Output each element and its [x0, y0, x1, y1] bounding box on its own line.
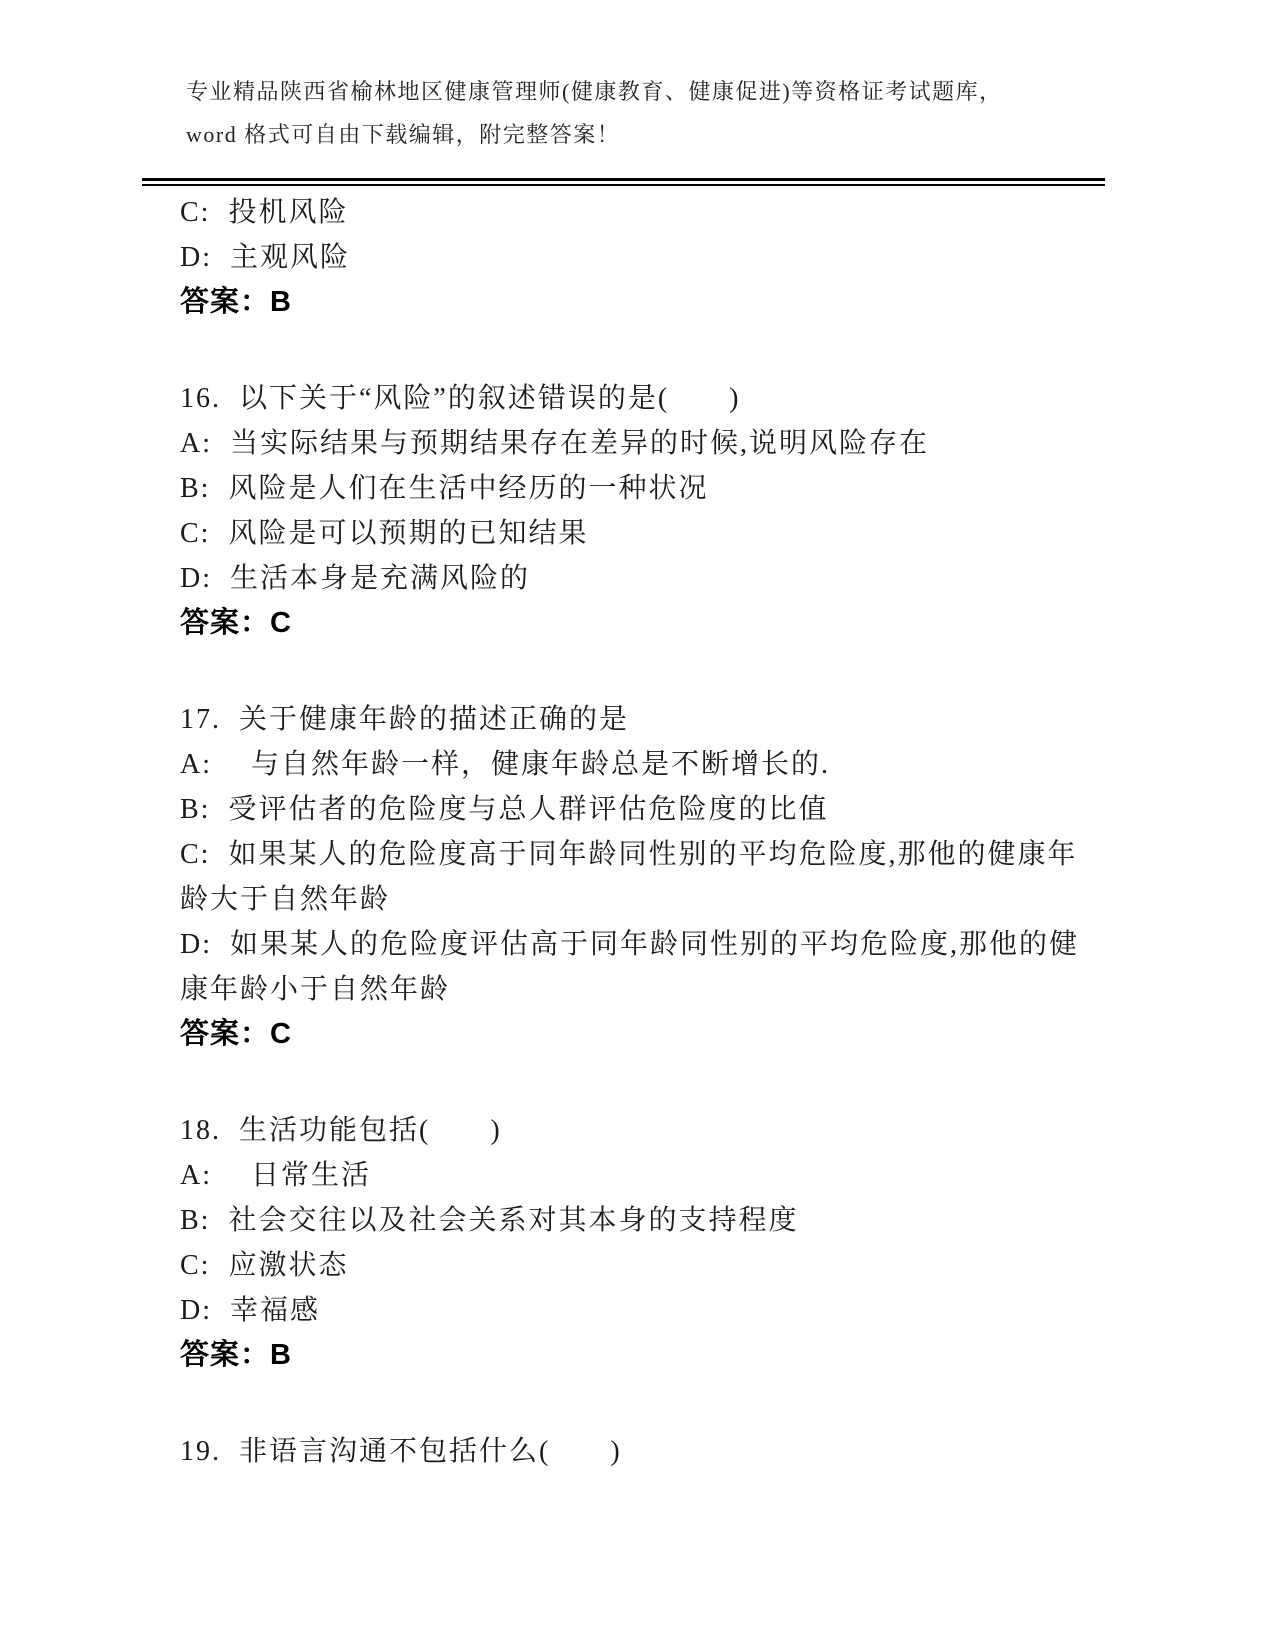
option-line-d: D: 如果某人的危险度评估高于同年龄同性别的平均危险度,那他的健: [180, 922, 1220, 967]
option-line-d: D: 主观风险: [180, 235, 1220, 280]
option-line-b: B: 社会交往以及社会关系对其本身的支持程度: [180, 1198, 1220, 1243]
question-block-17: 17. 关于健康年龄的描述正确的是 A: 与自然年龄一样，健康年龄总是不断增长的…: [180, 697, 1220, 1057]
option-line-c-continued: 龄大于自然年龄: [180, 877, 1220, 922]
option-line-d: D: 生活本身是充满风险的: [180, 556, 1220, 601]
document-page: 专业精品陕西省榆林地区健康管理师(健康教育、健康促进)等资格证考试题库， wor…: [0, 0, 1275, 1650]
answer-line: 答案：C: [180, 601, 1220, 646]
question-block-19: 19. 非语言沟通不包括什么( ): [180, 1429, 1220, 1474]
option-line-c: C: 风险是可以预期的已知结果: [180, 511, 1220, 556]
option-line-a: A: 与自然年龄一样，健康年龄总是不断增长的.: [180, 742, 1220, 787]
question-block-18: 18. 生活功能包括( ) A: 日常生活 B: 社会交往以及社会关系对其本身的…: [180, 1108, 1220, 1378]
option-line-d: D: 幸福感: [180, 1288, 1220, 1333]
header-divider-rule: [142, 178, 1105, 186]
header-title-line1: 专业精品陕西省榆林地区健康管理师(健康教育、健康促进)等资格证考试题库，: [186, 70, 1106, 113]
page-header: 专业精品陕西省榆林地区健康管理师(健康教育、健康促进)等资格证考试题库， wor…: [186, 70, 1106, 156]
answer-line: 答案：C: [180, 1012, 1220, 1057]
option-line-b: B: 风险是人们在生活中经历的一种状况: [180, 466, 1220, 511]
question-title: 19. 非语言沟通不包括什么( ): [180, 1429, 1220, 1474]
question-title: 17. 关于健康年龄的描述正确的是: [180, 697, 1220, 742]
option-line-a: A: 日常生活: [180, 1153, 1220, 1198]
option-line-a: A: 当实际结果与预期结果存在差异的时候,说明风险存在: [180, 421, 1220, 466]
question-title: 18. 生活功能包括( ): [180, 1108, 1220, 1153]
option-line-c: C: 投机风险: [180, 190, 1220, 235]
answer-line: 答案：B: [180, 280, 1220, 325]
option-line-d-continued: 康年龄小于自然年龄: [180, 967, 1220, 1012]
option-line-c: C: 如果某人的危险度高于同年龄同性别的平均危险度,那他的健康年: [180, 832, 1220, 877]
question-block-16: 16. 以下关于“风险”的叙述错误的是( ) A: 当实际结果与预期结果存在差异…: [180, 376, 1220, 646]
header-title-line2: word 格式可自由下载编辑，附完整答案！: [186, 113, 1106, 156]
question-title: 16. 以下关于“风险”的叙述错误的是( ): [180, 376, 1220, 421]
answer-line: 答案：B: [180, 1333, 1220, 1378]
document-body: C: 投机风险 D: 主观风险 答案：B 16. 以下关于“风险”的叙述错误的是…: [180, 190, 1220, 1525]
question-block-15-tail: C: 投机风险 D: 主观风险 答案：B: [180, 190, 1220, 325]
option-line-c: C: 应激状态: [180, 1243, 1220, 1288]
option-line-b: B: 受评估者的危险度与总人群评估危险度的比值: [180, 787, 1220, 832]
